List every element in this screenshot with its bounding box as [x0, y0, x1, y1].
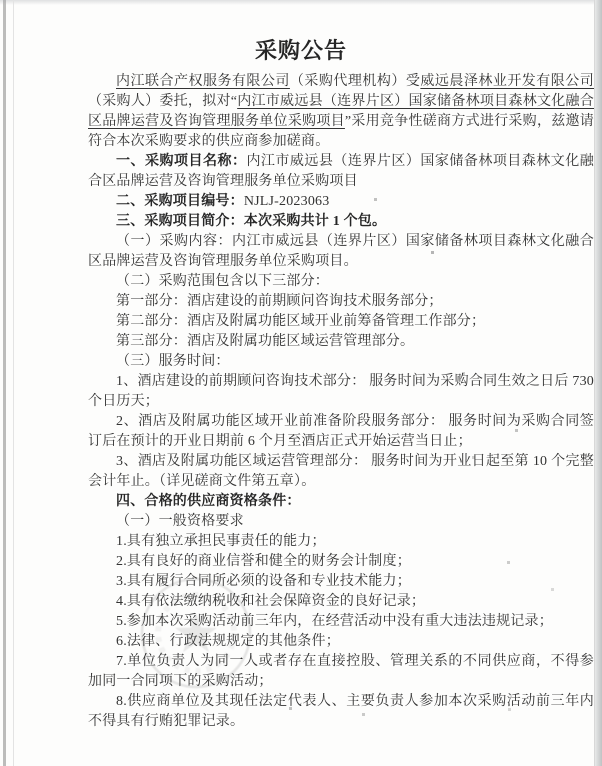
- body-text: 第一部分：酒店建设的前期顾问咨询技术服务部分；: [116, 294, 443, 309]
- body-text: 8.供应商单位及其现任法定代表人、主要负责人参加本次采购活动前三年内不得具有行贿…: [88, 694, 594, 729]
- body-text: 3.具有履行合同所必须的设备和专业技术能力；: [116, 574, 411, 589]
- paragraph: 一、采购项目名称：内江市威远县（连界片区）国家储备林项目森林文化融合区品牌运营及…: [88, 152, 594, 192]
- body-text: 1.具有独立承担民事责任的能力；: [116, 534, 326, 549]
- body-text: 3、酒店及附属功能区域运营管理部分： 服务时间为开业日起至第 10 个完整会计年…: [88, 454, 594, 489]
- paragraph: （一）一般资格要求: [88, 512, 594, 532]
- underlined-text: 威远晨泽林业开发有限公司: [420, 74, 594, 89]
- body-text: 2.具有良好的商业信誉和健全的财务会计制度；: [116, 554, 411, 569]
- paragraph: （三）服务时间：: [88, 352, 594, 372]
- paragraph: 1.具有独立承担民事责任的能力；: [88, 532, 594, 552]
- paragraph: 第三部分：酒店及附属功能区域运营管理部分。: [88, 332, 594, 352]
- body-text: （三）服务时间：: [116, 354, 230, 369]
- paragraph: 4.具有依法缴纳税收和社会保障资金的良好记录；: [88, 592, 594, 612]
- body-text: 6.法律、行政法规规定的其他条件；: [116, 634, 340, 649]
- body-text: 5.参加本次采购活动前三年内，在经营活动中没有重大违法违规记录；: [116, 614, 553, 629]
- document-body: 内江联合产权服务有限公司（采购代理机构）受威远晨泽林业开发有限公司（采购人）委托…: [88, 72, 594, 732]
- heading-text: 四、合格的供应商资格条件：: [116, 494, 301, 509]
- paragraph: 四、合格的供应商资格条件：: [88, 492, 594, 512]
- body-text: 第二部分：酒店及附属功能区域开业前筹备管理工作部分；: [116, 314, 485, 329]
- paragraph: 2、酒店及附属功能区域开业前准备阶段服务部分： 服务时间为采购合同签订后在预计的…: [88, 412, 594, 452]
- paragraph: 6.法律、行政法规规定的其他条件；: [88, 632, 594, 652]
- paragraph: 三、采购项目简介：本次采购共计 1 个包。: [88, 212, 594, 232]
- paragraph: 5.参加本次采购活动前三年内，在经营活动中没有重大违法违规记录；: [88, 612, 594, 632]
- document-title: 采购公告: [0, 34, 602, 65]
- paragraph: 3、酒店及附属功能区域运营管理部分： 服务时间为开业日起至第 10 个完整会计年…: [88, 452, 594, 492]
- body-text: （采购人）委托，拟对“: [88, 94, 237, 109]
- paragraph: 二、采购项目编号：NJLJ-2023063: [88, 192, 594, 212]
- body-text: 2、酒店及附属功能区域开业前准备阶段服务部分： 服务时间为采购合同签订后在预计的…: [88, 414, 594, 449]
- paragraph: 1、酒店建设的前期顾问咨询技术部分： 服务时间为采购合同生效之日后 730 个日…: [88, 372, 594, 412]
- paragraph: 内江联合产权服务有限公司（采购代理机构）受威远晨泽林业开发有限公司（采购人）委托…: [88, 72, 594, 152]
- body-text: 4.具有依法缴纳税收和社会保障资金的良好记录；: [116, 594, 425, 609]
- heading-text: 三、采购项目简介：本次采购共计 1 个包。: [116, 214, 386, 229]
- paragraph: 3.具有履行合同所必须的设备和专业技术能力；: [88, 572, 594, 592]
- paragraph: 7.单位负责人为同一人或者存在直接控股、管理关系的不同供应商，不得参加同一合同项…: [88, 652, 594, 692]
- paragraph: （一）采购内容：内江市威远县（连界片区）国家储备林项目森林文化融合区品牌运营及咨…: [88, 232, 594, 272]
- body-text: 第三部分：酒店及附属功能区域运营管理部分。: [116, 334, 414, 349]
- paragraph: 2.具有良好的商业信誉和健全的财务会计制度；: [88, 552, 594, 572]
- body-text: （一）一般资格要求: [116, 514, 244, 529]
- paragraph: 8.供应商单位及其现任法定代表人、主要负责人参加本次采购活动前三年内不得具有行贿…: [88, 692, 594, 732]
- heading-text: 一、采购项目名称：: [116, 154, 246, 169]
- body-text: （二）采购范围包含以下三部分：: [116, 274, 329, 289]
- body-text: 1、酒店建设的前期顾问咨询技术部分： 服务时间为采购合同生效之日后 730 个日…: [88, 374, 594, 409]
- paragraph: 第一部分：酒店建设的前期顾问咨询技术服务部分；: [88, 292, 594, 312]
- scanned-document: 采购公告 内江联合产权服务有限公司（采购代理机构）受威远晨泽林业开发有限公司（采…: [0, 0, 602, 766]
- body-text: （采购代理机构）受: [290, 74, 420, 89]
- paragraph: （二）采购范围包含以下三部分：: [88, 272, 594, 292]
- underlined-text: 内江联合产权服务有限公司: [116, 74, 290, 89]
- heading-text: 二、采购项目编号：: [116, 194, 244, 209]
- document-page: 采购公告 内江联合产权服务有限公司（采购代理机构）受威远晨泽林业开发有限公司（采…: [0, 0, 602, 732]
- body-text: NJLJ-2023063: [244, 194, 330, 209]
- body-text: （一）采购内容：内江市威远县（连界片区）国家储备林项目森林文化融合区品牌运营及咨…: [88, 234, 594, 269]
- paragraph: 第二部分：酒店及附属功能区域开业前筹备管理工作部分；: [88, 312, 594, 332]
- body-text: 7.单位负责人为同一人或者存在直接控股、管理关系的不同供应商，不得参加同一合同项…: [88, 654, 594, 689]
